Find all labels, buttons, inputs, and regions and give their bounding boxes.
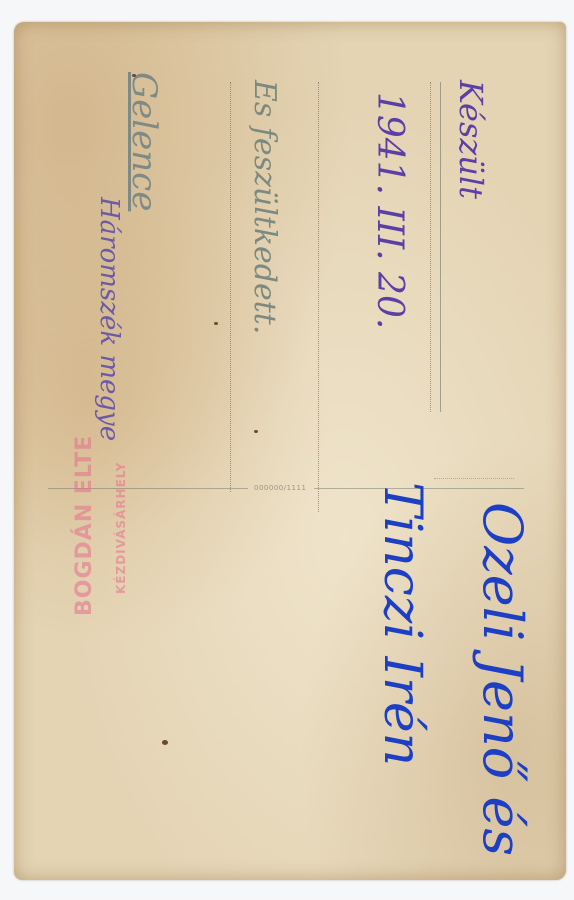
vertical-rule (440, 82, 441, 412)
violet-top-word: Készült (452, 80, 490, 199)
blue-ink-line-2: Tinczi Irén (372, 482, 432, 766)
violet-date-line: 1941. III. 20. (369, 92, 410, 329)
dotted-rule (318, 82, 319, 512)
dotted-rule (230, 82, 231, 492)
photographer-stamp-line-2: KÉZDIVÁSÁRHELY (114, 462, 128, 594)
pencil-subline: Háromszék megye (94, 197, 124, 441)
center-printer-mark: 000000/1111 (254, 484, 306, 492)
violet-second-line: Es feszültkedett. (247, 80, 282, 334)
divider-line (434, 478, 514, 479)
stain-spot (214, 322, 218, 325)
blue-ink-line-1: Ozeli Jenő és (471, 502, 534, 856)
photographer-stamp-line-1: BOGDÁN ELTE (72, 435, 97, 616)
pencil-subline-text: Háromszék megye (94, 197, 124, 441)
dotted-rule (430, 82, 431, 412)
stain-spot (254, 430, 258, 433)
postcard-back: 000000/1111 Gelence Háromszék megye Es f… (14, 22, 566, 880)
stain-spot (162, 740, 168, 745)
stain-spot (132, 74, 136, 77)
pencil-heading: Gelence (124, 72, 164, 211)
